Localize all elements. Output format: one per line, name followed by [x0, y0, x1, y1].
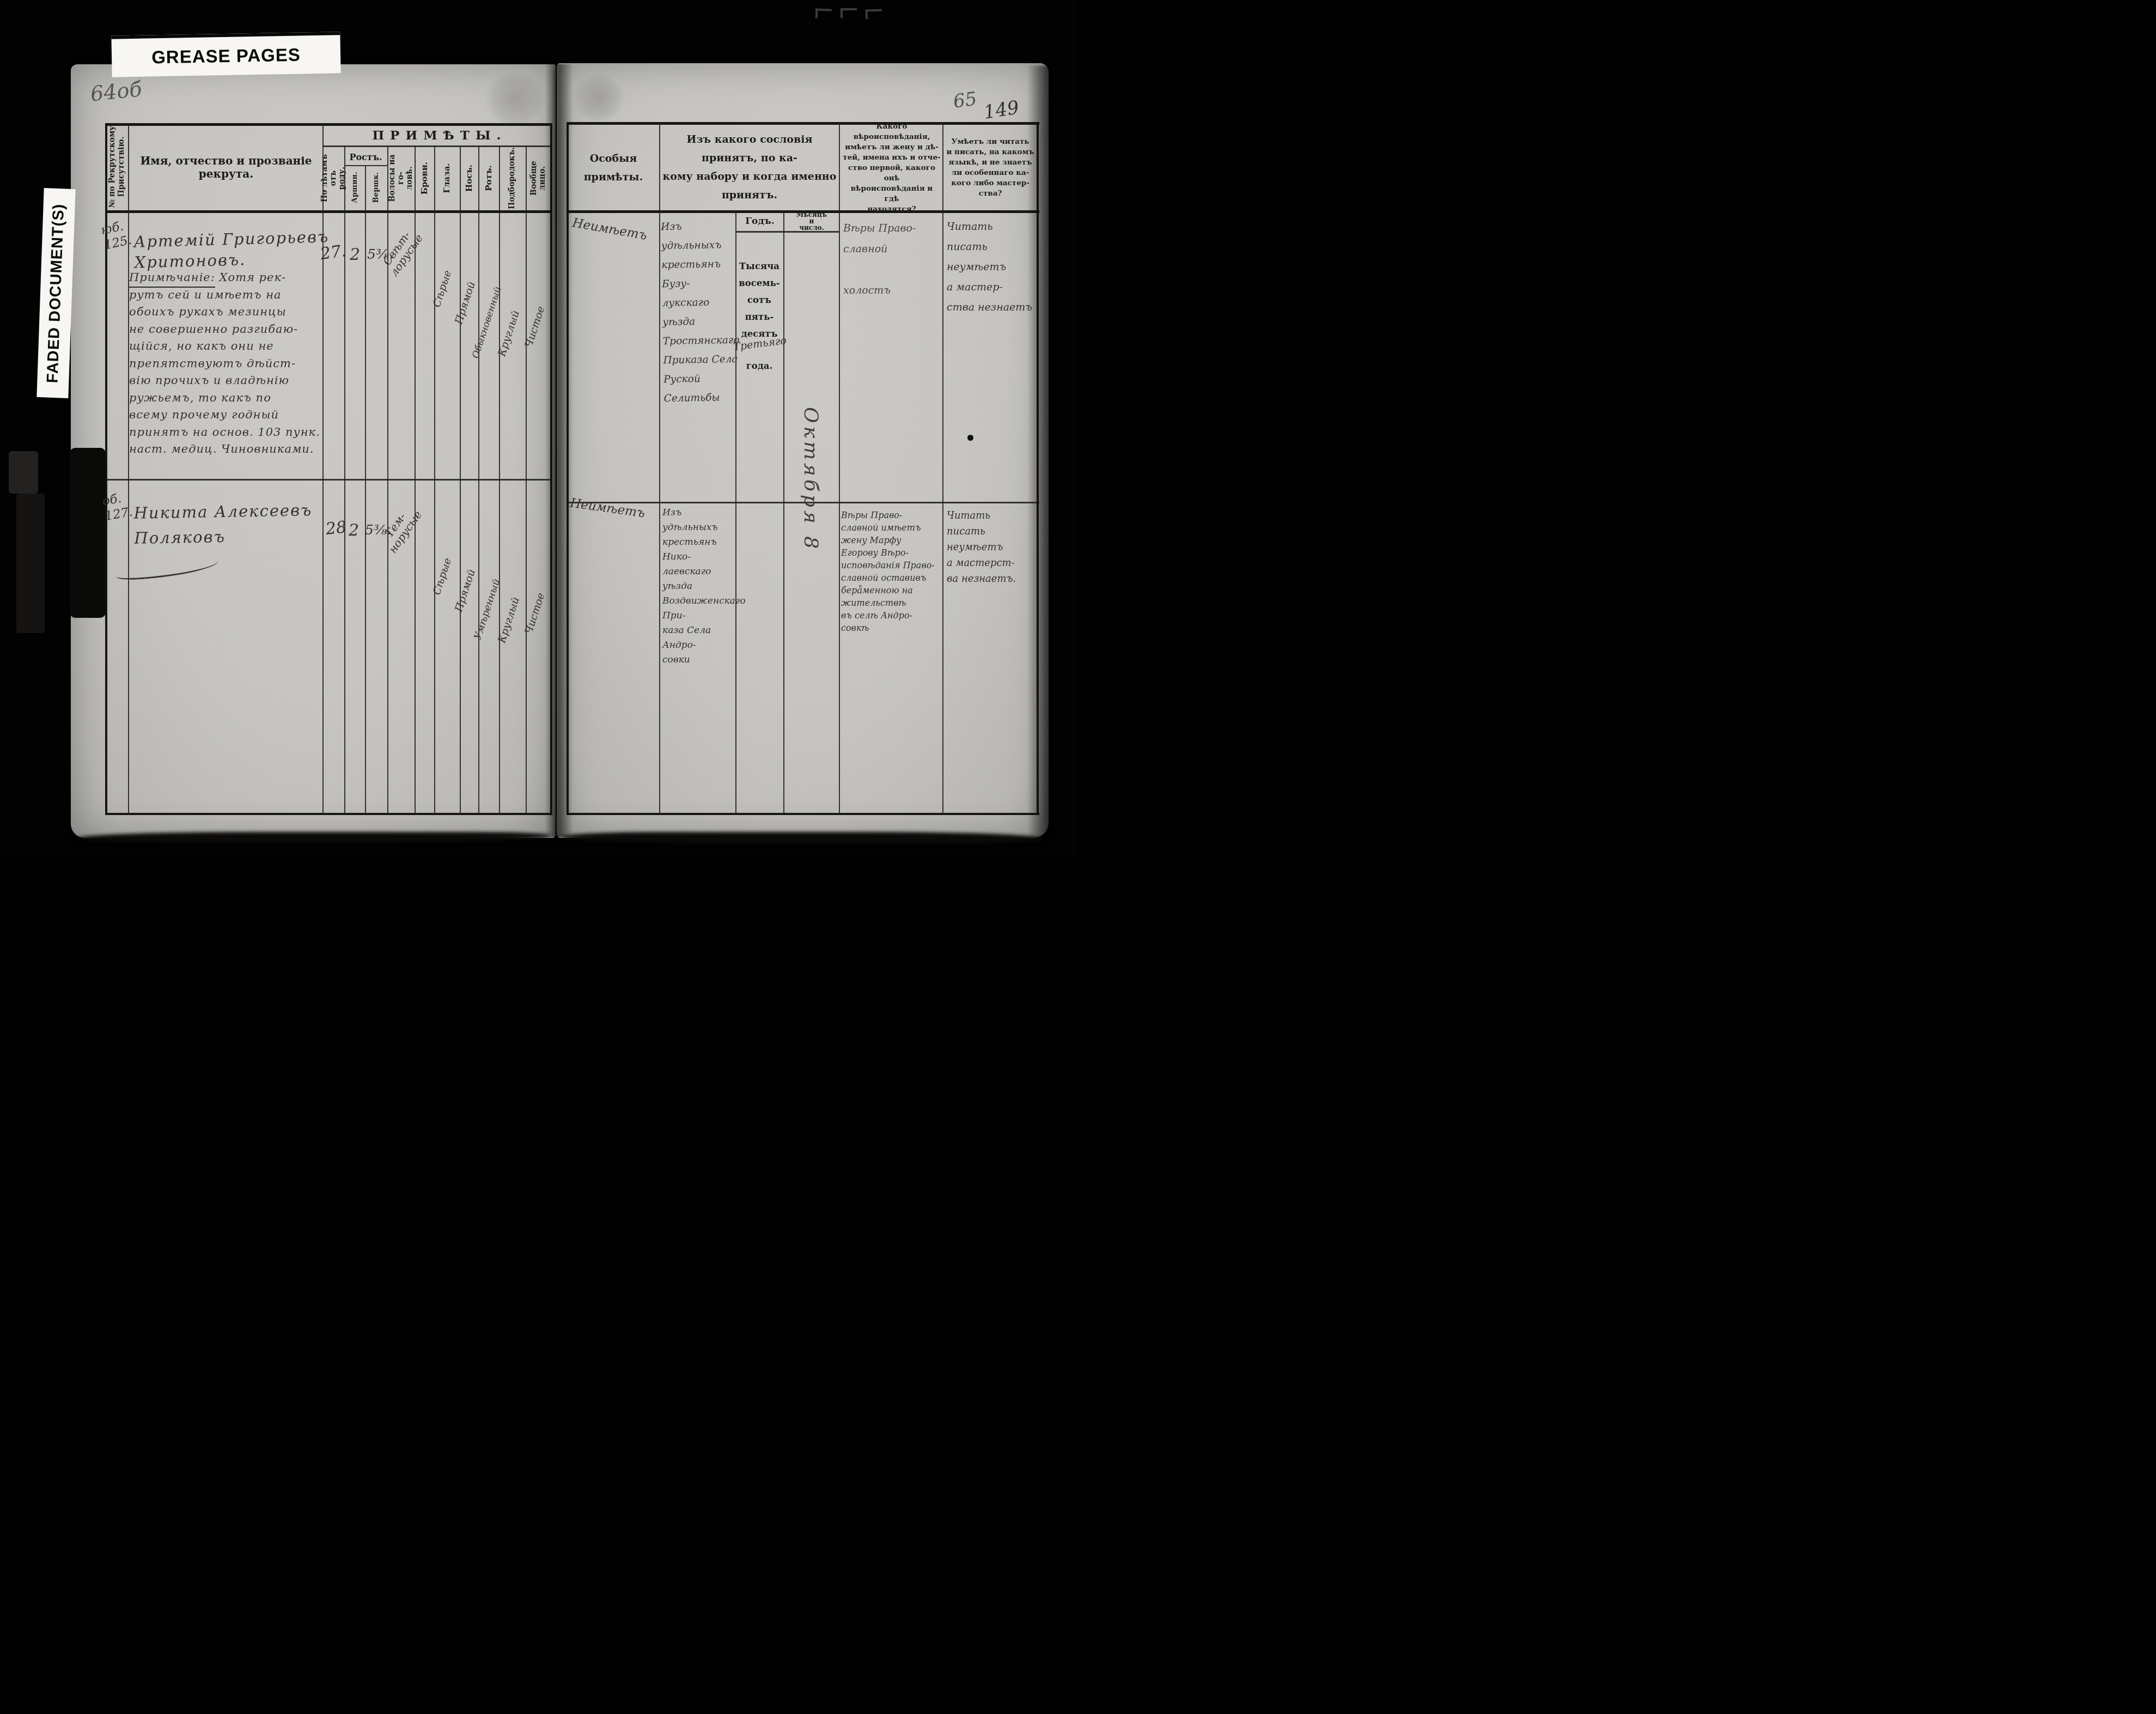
col-header-literacy: Умѣетъ ли читать и писать, на какомъ язы…: [946, 131, 1035, 205]
arshin-value: 2: [350, 245, 360, 264]
col-group-header-primety: ПРИМѢТЫ.: [328, 126, 551, 144]
fingerprint-smudge: [574, 75, 624, 121]
table-line: [434, 145, 435, 815]
faith-value: Вѣры Право- славной холостъ: [843, 218, 939, 301]
recruit-note: Примѣчаніе: Хотя рек- рутъ сей и имѣетъ …: [129, 269, 332, 458]
col-header-rost: Ростъ.: [344, 150, 387, 163]
row-margin-number: об. 127.: [101, 489, 134, 524]
col-header-special-marks: Особыя примѣты.: [572, 148, 655, 187]
table-line: [322, 145, 551, 147]
table-line: [568, 122, 1039, 125]
table-line: [106, 479, 551, 481]
ink-dot: [967, 435, 973, 441]
col-header-nose: Носъ.: [464, 148, 474, 208]
col-header-hair: Волосы на го- ловѣ.: [392, 148, 410, 209]
table-line: [568, 813, 1039, 815]
fingerprint-smudge: [485, 74, 546, 124]
film-clip-shape: [16, 494, 45, 633]
table-line: [567, 122, 569, 815]
col-header-eyes: Глаза.: [442, 148, 452, 208]
recruit-name: Никита Алексеевъ Поляковъ: [133, 497, 313, 551]
year-printed-text: Тысяча восемь- сотъ пять- десятъ: [735, 265, 783, 334]
table-line: [526, 145, 527, 815]
col-header-month-day: Мѣсяцъ и число.: [784, 211, 839, 231]
table-line: [478, 145, 479, 815]
faded-documents-label-text: FADED DOCUMENT(S): [44, 203, 68, 383]
col-header-name: Имя, отчество и прозваніе рекрута.: [133, 154, 319, 181]
table-line: [550, 123, 552, 815]
literacy-value: Читать писать неумѣетъ а мастер- ства не…: [947, 217, 1034, 318]
film-clip-shape: [9, 451, 38, 494]
frame-mark: [866, 9, 882, 19]
soslovie-value: Изъ удѣльныхъ крестьянъ Бузу- лукскаго у…: [661, 216, 739, 408]
note-underline: [129, 287, 215, 288]
col-header-arshin: Аршин.: [350, 166, 360, 209]
left-page-torn-bottom: [76, 832, 550, 843]
table-line: [365, 165, 366, 815]
table-line: [1037, 122, 1039, 815]
table-line: [659, 122, 660, 815]
table-line: [499, 145, 500, 815]
folio-number-pencil: 65: [952, 88, 978, 113]
grease-pages-label: GREASE PAGES: [111, 32, 340, 77]
col-header-year: Годъ.: [736, 214, 783, 229]
table-line: [942, 122, 943, 815]
year-printed-suffix: года.: [735, 358, 783, 373]
col-header-recruit-number: № по Рекрутскому Присутствію.: [107, 124, 127, 210]
col-header-soslovie: Изъ какого сословія принятъ, по ка- кому…: [662, 143, 837, 192]
col-header-vershok: Вершк.: [371, 166, 381, 209]
table-line: [106, 813, 551, 815]
faith-value: Вѣры Право- славной имѣетъ жену Марфу Ег…: [841, 509, 940, 634]
col-header-age: По лѣтамъ отъ роду.: [324, 148, 343, 209]
table-line: [106, 210, 551, 213]
right-page-torn-bottom: [561, 832, 1044, 844]
recruit-name: Артемій Григорьевъ Хритоновъ.: [133, 226, 330, 272]
age-value: 27.: [319, 241, 348, 264]
literacy-value: Читать писать неумѣетъ а мастерст- ва не…: [947, 508, 1034, 587]
col-header-brows: Брови.: [419, 148, 429, 208]
table-line: [460, 145, 461, 815]
gutter-shadow: [545, 64, 573, 837]
col-header-chin: Подбородокъ.: [507, 148, 517, 209]
col-header-faith: Какого вѣроисповѣданія, имѣетъ ли жену и…: [842, 131, 941, 205]
arshin-value: 2: [349, 521, 359, 540]
table-line: [106, 123, 551, 126]
col-header-face: Вообще лицо.: [533, 148, 543, 209]
microfilm-scan: GREASE PAGES FADED DOCUMENT(S) 64об 65 1…: [0, 0, 1078, 857]
table-line: [839, 122, 840, 815]
grease-pages-label-text: GREASE PAGES: [151, 45, 301, 68]
frame-mark: [815, 8, 832, 19]
frame-mark: [841, 8, 857, 18]
col-header-mouth: Ротъ.: [484, 148, 494, 208]
table-line: [783, 210, 784, 815]
page-edge-dark-blob: [70, 448, 106, 618]
soslovie-value: Изъ удѣльныхъ крестьянъ Нико- лаевскаго …: [662, 506, 740, 667]
date-handwritten-vertical: Октября 8: [799, 327, 823, 632]
faded-documents-label: FADED DOCUMENT(S): [36, 188, 75, 398]
age-value: 28: [325, 518, 348, 539]
